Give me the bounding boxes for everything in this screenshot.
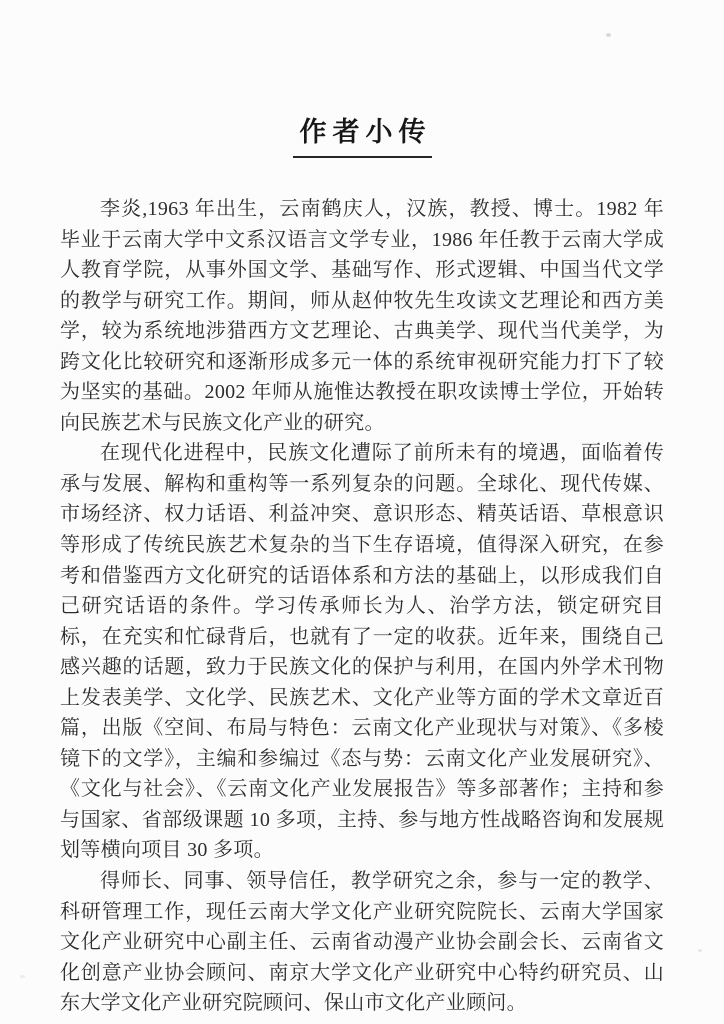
scan-speck bbox=[698, 949, 702, 952]
scanned-book-page: 作者小传 李炎,1963 年出生，云南鹤庆人，汉族，教授、博士。1982 年毕业… bbox=[0, 0, 724, 1024]
biography-text: 李炎,1963 年出生，云南鹤庆人，汉族，教授、博士。1982 年毕业于云南大学… bbox=[60, 194, 664, 1019]
paragraph-current-positions: 得师长、同事、领导信任，教学研究之余，参与一定的教学、科研管理工作，现任云南大学… bbox=[60, 866, 664, 1019]
scan-speck bbox=[606, 33, 611, 37]
page-title: 作者小传 bbox=[293, 110, 432, 158]
paragraph-research-achievements: 在现代化进程中，民族文化遭际了前所未有的境遇，面临着传承与发展、解构和重构等一系… bbox=[60, 438, 664, 866]
paragraph-early-career: 李炎,1963 年出生，云南鹤庆人，汉族，教授、博士。1982 年毕业于云南大学… bbox=[60, 194, 664, 438]
scan-speck bbox=[20, 975, 25, 978]
title-area: 作者小传 bbox=[0, 110, 724, 158]
